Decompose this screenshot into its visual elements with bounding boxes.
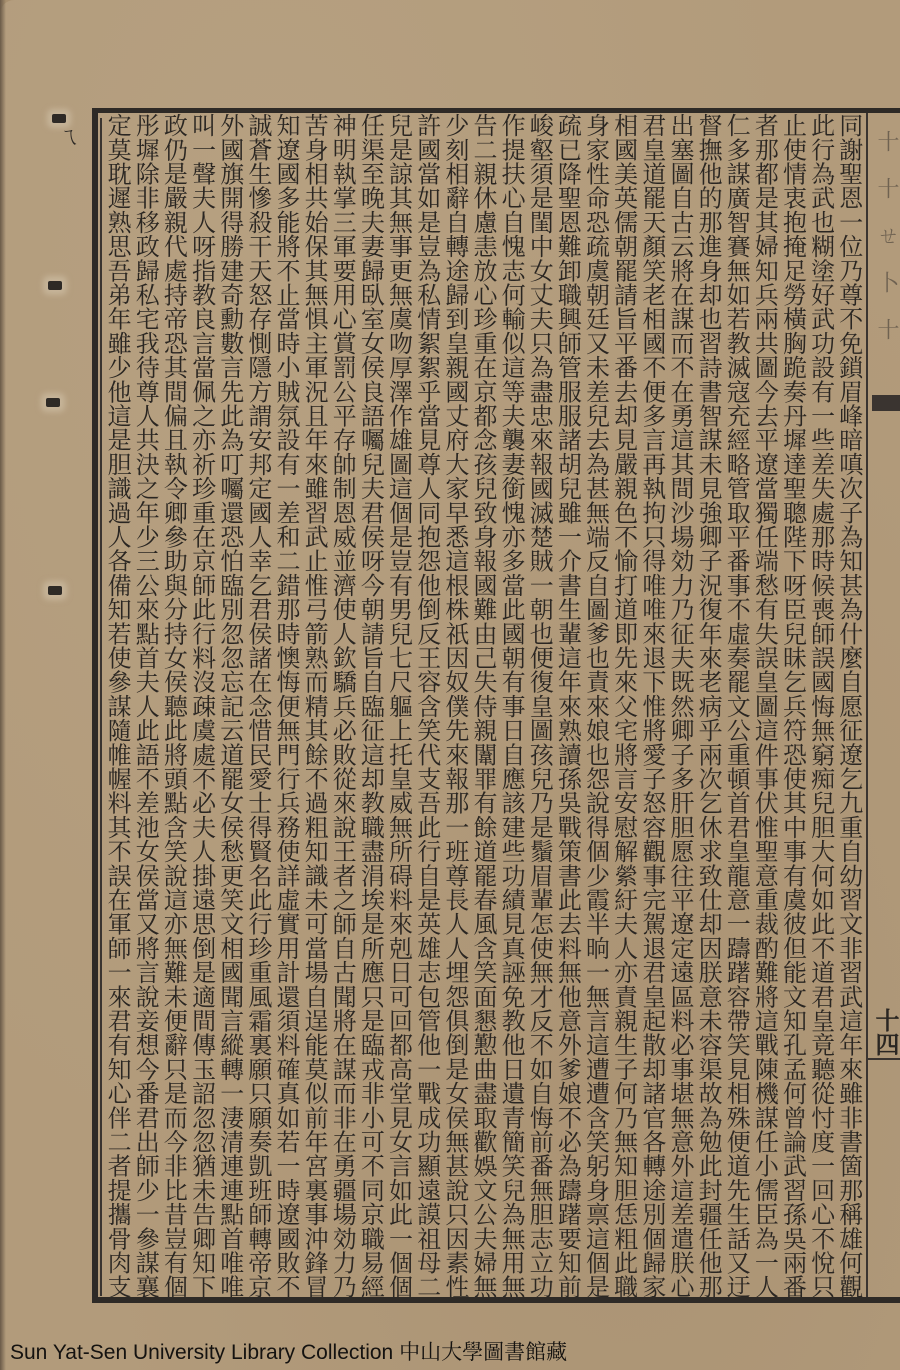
text-column-9: 相國美英儒朝罷請旨平番去却見嚴親色不愉打道即先來父宅將言安慰解縈紆夫人亦責親生子… <box>611 113 639 1297</box>
text-column-24: 叫一聲夫人呀指教良言當佩之亦祈珍重在京師此行料沒疎虞處不必夫人掛遠思倒是適間傳玉… <box>188 113 216 1297</box>
binding-hole-4 <box>48 586 62 595</box>
page-number-rule <box>868 1058 900 1060</box>
text-column-27: 定莫耽遲熟思吾弟年雖少他這是胆識過人各備知若使參謀隨帷幄料其不誤在軍師一來君有知… <box>104 113 132 1297</box>
text-column-8: 君皇道罷天顏笑老相國不便多言再執拘只得唯唯來退下惟將愛子怒容觀事完駕退君皇起散却… <box>639 113 667 1297</box>
text-column-20: 苦身相共始保其無惧主軍況且年來雖習武止惟弓箭熟而精其餘不過粗知識未可當場自逞能莫… <box>301 113 329 1297</box>
text-column-10: 身家性命恐疏虞朝廷又未差兒去為甚無端反自圖爹也責來娘也怨說得個少霞半晌一無言這遭… <box>582 113 610 1297</box>
text-column-16: 許國當如是豈為私情絮絮乎當見尊人同抱怨他倒反王容含笑代支吾此行自是英雄志包管他一… <box>414 113 442 1297</box>
text-column-13: 作提扶心自愧志何輸似這等夫襲妻銜愧亦多當此國朝有事日自應該建些功績見真誣免教他日… <box>498 113 526 1297</box>
text-column-15: 少刻相辭自轉途歸到皇親國丈府大家早悉這根株祇因奴僕先來報那一班尊長人人埋怨俱倒是… <box>442 113 470 1297</box>
page-edge-shadow <box>0 0 6 1370</box>
text-column-25: 政仍是嚴親代處持帝恐其間偏且執令卿參助與分持女侯聽此將頭點含笑說這亦無難未便辭只… <box>160 113 188 1297</box>
main-text-body: 同謝聖恩一位乃尊不免鎖眉峰暗嗔次子為知甚為什麼自愿征遼乞九重自幼習文非習武這年來… <box>104 113 864 1297</box>
page-number: 十四 <box>872 1008 898 1056</box>
text-column-18: 任渠至晚夫妻歸臥室女侯良語囑兒夫君侯呀今朝請旨自臨征這却教職盡涓埃是所應只是臨戎… <box>357 113 385 1297</box>
text-column-6: 督撫他的那進身却也習詩書智謀未見強卿子況復年來老病乎兩次乞休求致仕却因朕意未容渠… <box>695 113 723 1297</box>
text-column-17: 兒是諒其無事更無虞吻厚澤作雄圖這個是豈有男兒七尺軀上托皇威無所碍料來剋日可回都高… <box>385 113 413 1297</box>
text-column-23: 外國旗開得勝建奇勳數言先此為叮囑還恐怕臨別忽忽忘記云道罷女侯愁更笑文相國聞言縱轉… <box>217 113 245 1297</box>
binding-hole-3 <box>46 398 60 407</box>
binding-hole-2 <box>48 281 62 290</box>
text-frame-inner-rule <box>100 118 102 1296</box>
library-collection-credit: Sun Yat-Sen University Library Collectio… <box>10 1336 567 1366</box>
center-fold-rule <box>866 113 868 1297</box>
text-column-22: 誠蒼生慘殺干天怒存惻隱方謂安邦定國人幸乞君侯諸在念惜民愛士得賢名此行珍重風霜裏願… <box>245 113 273 1297</box>
text-column-26: 彤墀除非移政歸私宅我待尊人共決之年少三公來點首夫人此語不差池女侯當又將言說妾想今… <box>132 113 160 1297</box>
text-column-14: 告二親休慮恚放心珍重在京都念孩兒致身報國難由己失侍親闈罪有餘道罷春風含笑面懇懃曲… <box>470 113 498 1297</box>
text-column-7: 出塞圖自古云將在謀而不在勇這其間沙場効力乃征夫既然卿子多肝胆愿往平遼定遠區料必事… <box>667 113 695 1297</box>
text-column-12: 峻壑須是閨中女丈夫只為盡忠來報國滅楚賊一朝也便復皇圖孩兒乃是鬚眉輩怎使無才反不如… <box>526 113 554 1297</box>
binding-hole-1 <box>52 114 66 123</box>
margin-mark: ㄟ <box>58 120 80 151</box>
text-column-5: 仁多謀廣智賽無如若教滅寇充經略管取平番事不虛奏罷文公重頓首君皇龍意一躊躇容帶笑見… <box>723 113 751 1297</box>
text-column-4: 者那都是其婦知兵兩共圖今去平遼當獨任端愁有失誤皇圖這件事伏惟聖意重裁酌難將這戰陳… <box>751 113 779 1297</box>
fold-fishtail-mark <box>872 395 900 411</box>
text-column-19: 神明執掌三軍要用心賞罰公平存帥制恩威並濟使人欽驕兵必敗從來說王者之師自古聞將在謀… <box>329 113 357 1297</box>
text-column-21: 知遼國多能將不止當時小賊氛設有一差和二錯那時懊悔便無門行兵務使詳虛實用計還須料確… <box>273 113 301 1297</box>
text-column-1: 同謝聖恩一位乃尊不免鎖眉峰暗嗔次子為知甚為什麼自愿征遼乞九重自幼習文非習武這年來… <box>836 113 864 1297</box>
text-column-3: 止使情衷抱掩足勞橫胸跪奏丹墀達聖聰陛下呀臣兒昧乞兵符恐使其中事有虞彼但能文知孔孟… <box>779 113 807 1297</box>
text-column-11: 疏已降聖恩難卸職興師管服服諸胡兒雖一介書生輩這年來熟讀孫吳戰策書此去料無他意外爹… <box>554 113 582 1297</box>
fold-heading: 十 十 ㄝ 卜 十 <box>874 130 898 340</box>
text-column-2: 此行為武也糊塗好武功設有一些差失處那時候喪師誤國悔無窮痴兒胆大何如此不道君皇竟聽… <box>808 113 836 1297</box>
